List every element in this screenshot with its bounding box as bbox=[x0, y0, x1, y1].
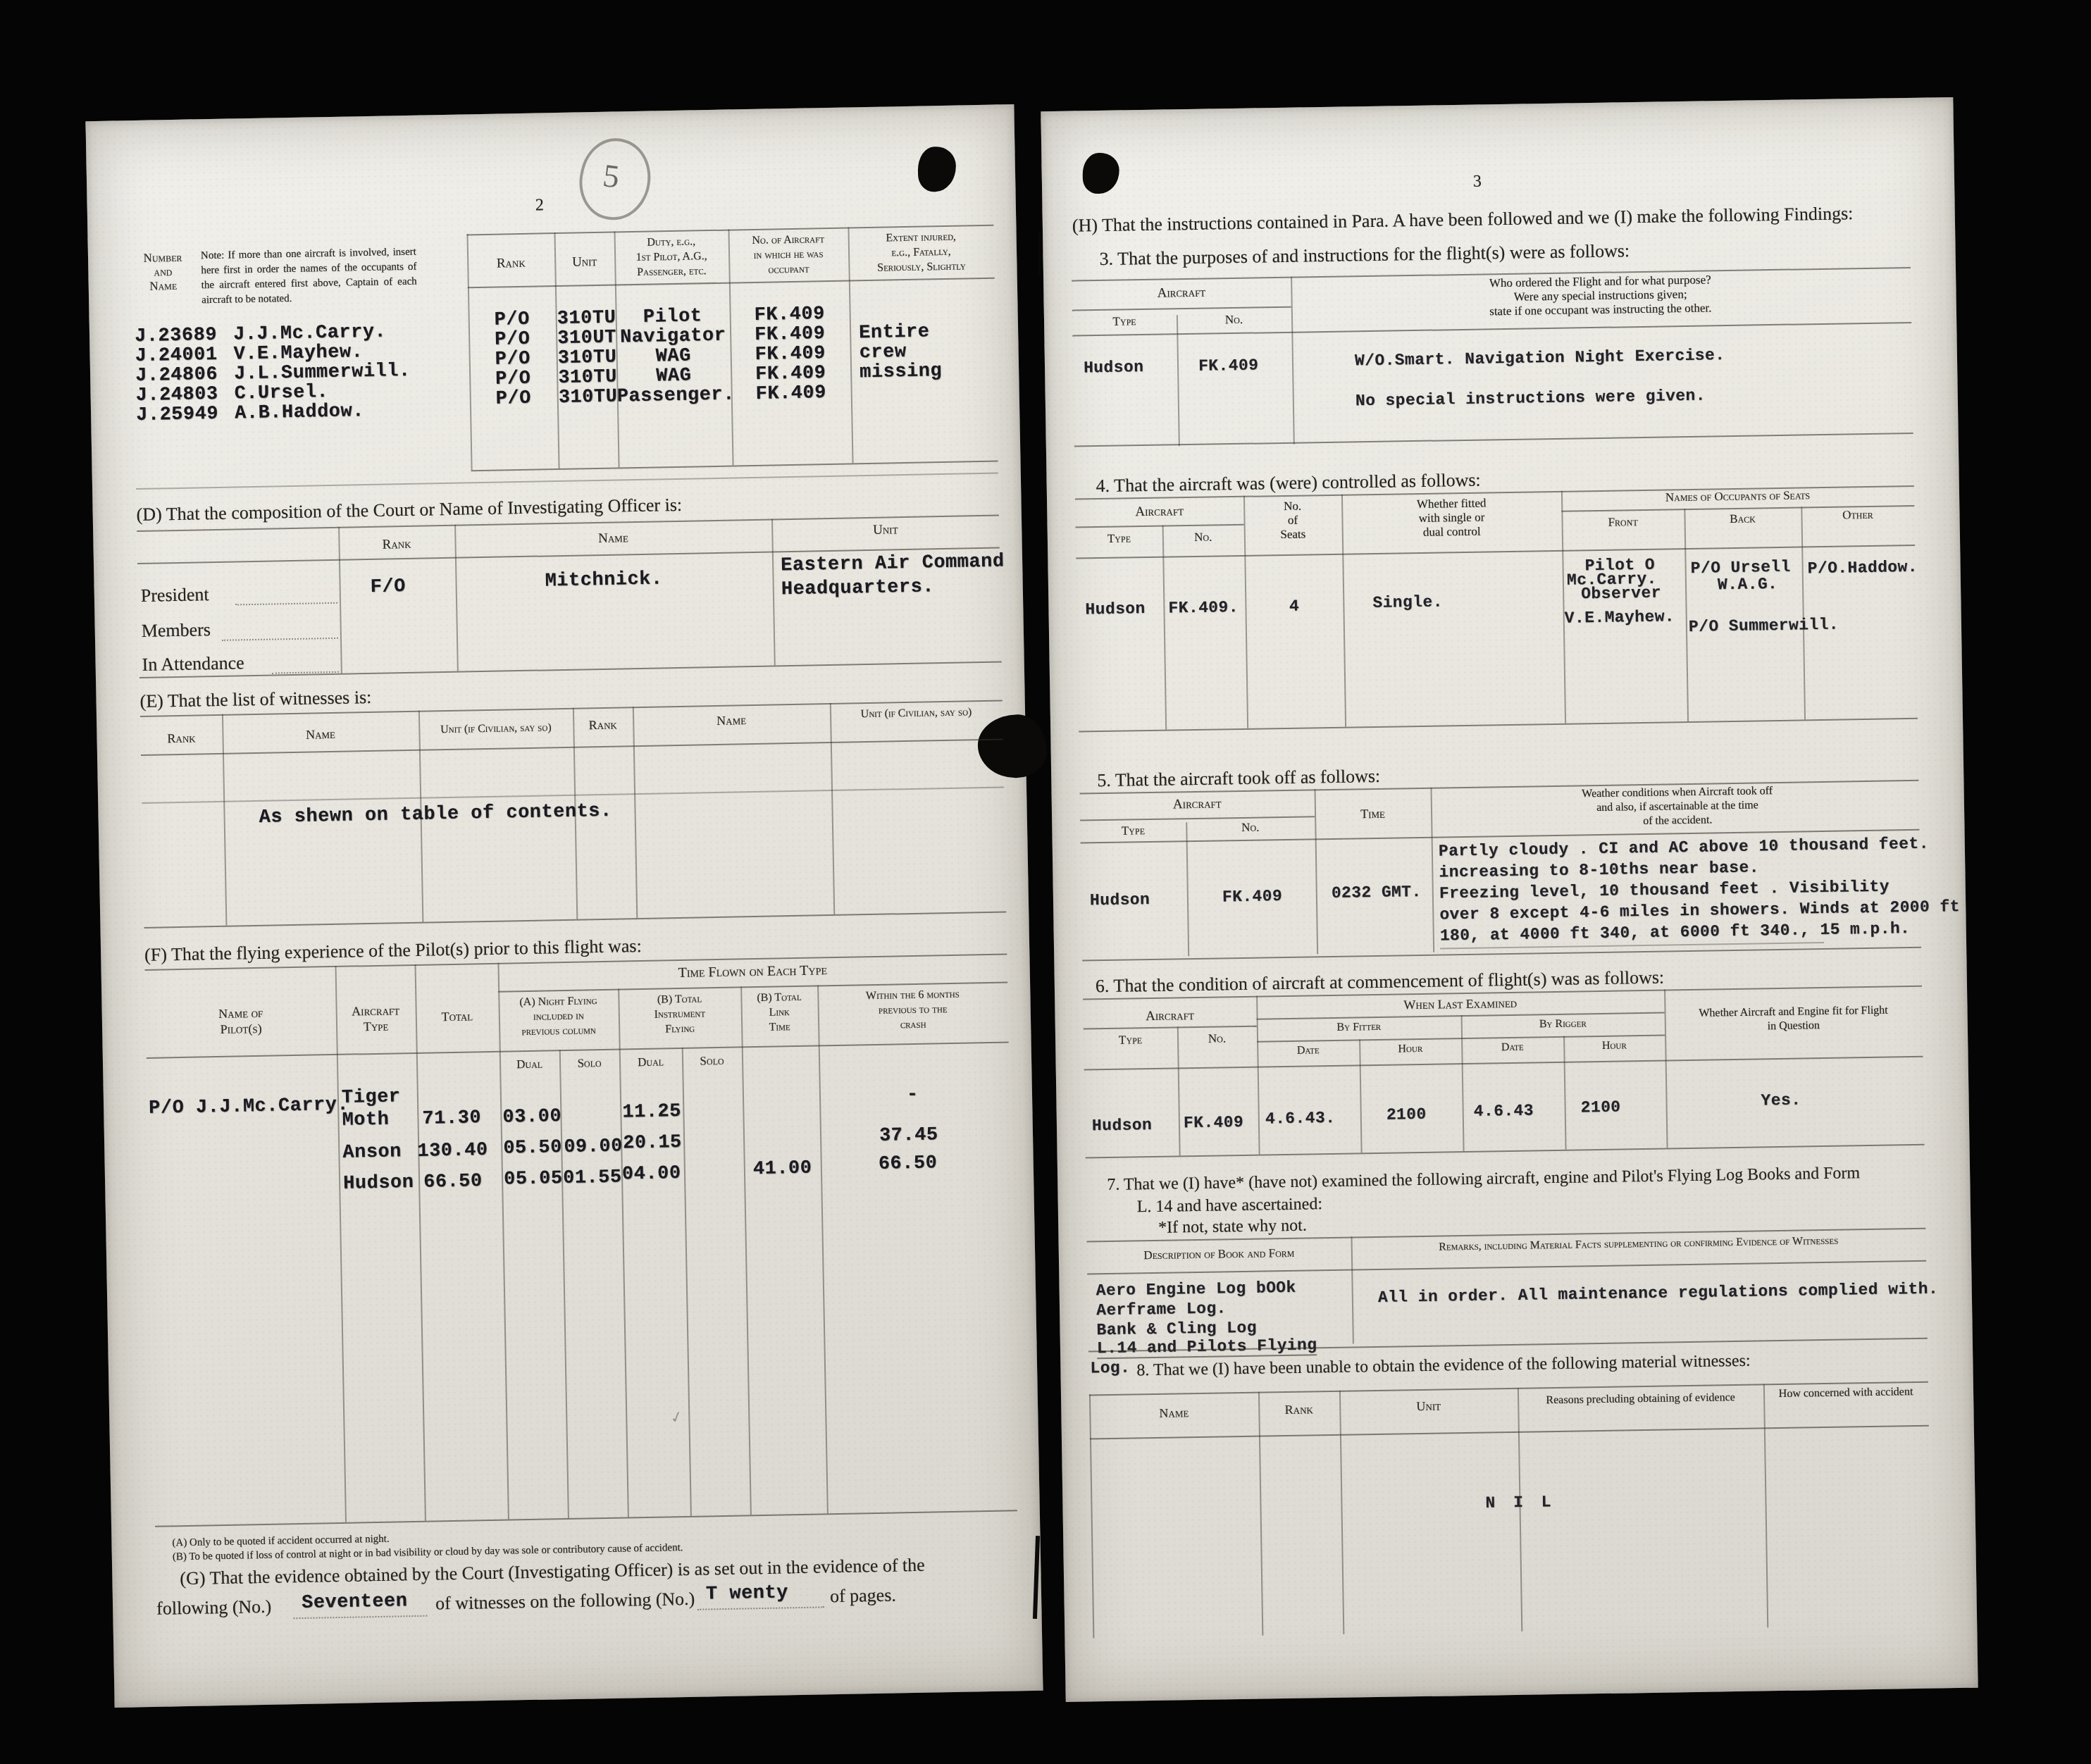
col-by-fitter: By Fitter bbox=[1257, 1019, 1461, 1036]
section-7-line2: L. 14 and have ascertained: bbox=[1137, 1195, 1323, 1217]
night-solo: 01.55 bbox=[563, 1167, 622, 1190]
col-date: Date bbox=[1461, 1041, 1563, 1055]
total-hours: 66.50 bbox=[423, 1171, 483, 1193]
front-occupant: V.E.Mayhew. bbox=[1565, 607, 1675, 627]
total-hours: 71.30 bbox=[422, 1107, 481, 1130]
sub-dual: Dual bbox=[619, 1055, 682, 1070]
purpose-line: No special instructions were given. bbox=[1355, 387, 1706, 411]
col-pilot: Pilot(s) bbox=[146, 1020, 336, 1038]
six-months: 66.50 bbox=[879, 1153, 938, 1175]
seats-value: 4 bbox=[1245, 597, 1343, 616]
col-aircraft: in which he was bbox=[728, 247, 848, 262]
section-g-line2a: following (No.) bbox=[156, 1596, 272, 1620]
crew-rank: P/O bbox=[478, 328, 547, 351]
right-page: 3 (H) That the instructions contained in… bbox=[1041, 97, 1978, 1702]
col-unit: Unit bbox=[554, 254, 614, 271]
page-count: T wenty bbox=[706, 1582, 788, 1605]
col-aircraft: No. of Aircraft bbox=[728, 232, 848, 247]
col-six-months: crash bbox=[818, 1017, 1008, 1033]
col-type: Type bbox=[1072, 313, 1177, 329]
col-duty: 1st Pilot, A.G., bbox=[614, 250, 728, 265]
col-link-time: (B) Total bbox=[740, 990, 817, 1005]
col-link-time: Time bbox=[741, 1020, 818, 1034]
instr-dual: 04.00 bbox=[622, 1163, 681, 1186]
left-page: 2 5 ✓ Number and Name Note: If more t bbox=[85, 104, 1043, 1708]
row-president: President bbox=[141, 584, 209, 607]
section-5: 5. That the aircraft took off as follows… bbox=[1041, 97, 1953, 111]
crew-rank: P/O bbox=[479, 368, 547, 390]
col-date: Date bbox=[1257, 1043, 1359, 1057]
col-reasons: Reasons precluding obtaining of evidence bbox=[1518, 1391, 1763, 1407]
section-d: (D) That the composition of the Court or… bbox=[85, 104, 1014, 121]
col-type: Type bbox=[1076, 531, 1162, 547]
ink-blot-icon bbox=[977, 714, 1048, 778]
col-front: Front bbox=[1561, 514, 1684, 530]
crew-name: J.J.Mc.Carry. bbox=[233, 321, 387, 345]
col-rank: Rank bbox=[1258, 1402, 1339, 1418]
aircraft-type: Tiger bbox=[342, 1086, 401, 1109]
fitter-date: 4.6.43. bbox=[1265, 1109, 1336, 1129]
pilot-name: P/O J.J.Mc.Carry. bbox=[149, 1095, 349, 1119]
section-7: 7. That we (I) have* (have not) examined… bbox=[1041, 97, 1953, 111]
col-description: Description of Book and Form bbox=[1087, 1246, 1351, 1264]
crew-extent: crew bbox=[859, 342, 906, 364]
night-solo: 09.00 bbox=[564, 1136, 623, 1159]
col-night-flying: previous column bbox=[499, 1024, 619, 1039]
crew-duty: Passenger. bbox=[616, 385, 731, 408]
section-d-heading: (D) That the composition of the Court or… bbox=[136, 495, 682, 526]
weather-line: increasing to 8-10ths near base. bbox=[1439, 858, 1759, 881]
night-dual: 03.00 bbox=[502, 1106, 561, 1129]
back-occupant: W.A.G. bbox=[1718, 575, 1778, 594]
weather-line: Partly cloudy . CI and AC above 10 thous… bbox=[1439, 835, 1929, 861]
col-night-flying: (A) Night Flying bbox=[498, 995, 618, 1010]
crew-aircraft: FK.409 bbox=[731, 382, 851, 405]
book-entry: Aerframe Log. bbox=[1096, 1299, 1227, 1319]
col-unit: Unit (if Civilian, say so) bbox=[830, 706, 1003, 721]
crew-row-label: and bbox=[129, 264, 197, 280]
ink-blot-icon bbox=[1082, 153, 1119, 194]
purpose-line: W/O.Smart. Navigation Night Exercise. bbox=[1355, 346, 1725, 370]
section-8: 8. That we (I) have been unable to obtai… bbox=[1041, 97, 1953, 111]
section-6: 6. That the condition of aircraft at com… bbox=[1041, 97, 1953, 111]
col-total: Total bbox=[416, 1009, 499, 1025]
col-instrument: Instrument bbox=[619, 1007, 741, 1021]
crew-table: Number and Name Note: If more than one a… bbox=[85, 104, 1014, 121]
col-hour: Hour bbox=[1563, 1039, 1665, 1053]
aircraft-type: Moth bbox=[342, 1110, 389, 1131]
night-dual: 05.50 bbox=[503, 1137, 562, 1160]
remarks-entry: All in order. All maintenance regulation… bbox=[1378, 1280, 1939, 1307]
president-unit: Headquarters. bbox=[781, 576, 935, 600]
col-aircraft: Aircraft bbox=[1072, 284, 1291, 303]
col-type: Type bbox=[336, 1019, 416, 1035]
sub-dual: Dual bbox=[500, 1057, 559, 1072]
col-instrument: (B) Total bbox=[618, 992, 740, 1007]
crew-row-label: Name bbox=[130, 278, 197, 294]
col-rank: Rank bbox=[338, 536, 454, 554]
col-rank: Rank bbox=[140, 731, 222, 747]
instr-dual: 11.25 bbox=[622, 1101, 681, 1124]
col-seats: of bbox=[1243, 513, 1341, 528]
col-no: No. bbox=[1186, 819, 1315, 836]
fold-mark bbox=[1038, 232, 1041, 275]
col-hour: Hour bbox=[1359, 1042, 1461, 1056]
col-no: No. bbox=[1177, 312, 1291, 328]
crew-unit: 310TU bbox=[557, 308, 616, 330]
crew-rank: P/O bbox=[480, 387, 548, 410]
crew-unit: 310TU bbox=[559, 387, 618, 409]
rigger-date: 4.6.43 bbox=[1474, 1101, 1534, 1120]
section-3: 3. That the purposes of and instructions… bbox=[1041, 97, 1953, 111]
col-concerned: How concerned with accident bbox=[1763, 1386, 1928, 1401]
witness-count: Seventeen bbox=[302, 1591, 408, 1614]
link-time: 41.00 bbox=[753, 1158, 812, 1181]
col-name: Name bbox=[1089, 1405, 1258, 1422]
six-months: - bbox=[907, 1084, 919, 1105]
book-entry-overflow: Log. bbox=[1090, 1359, 1130, 1378]
page-number-left: 2 bbox=[535, 196, 544, 215]
crew-unit: 310UT bbox=[557, 328, 616, 350]
col-type: Aircraft bbox=[336, 1003, 416, 1019]
aircraft-type-value: Hudson bbox=[1085, 600, 1146, 619]
col-seats: Seats bbox=[1244, 527, 1342, 542]
crew-extent: missing bbox=[860, 361, 942, 383]
crew-row-label: Number bbox=[129, 250, 197, 266]
front-occupant: Observer bbox=[1581, 584, 1661, 604]
aircraft-type: Hudson bbox=[343, 1172, 414, 1195]
crew-note: Note: If more than one aircraft is invol… bbox=[201, 245, 417, 309]
col-type: Type bbox=[1084, 1032, 1177, 1048]
col-unit: Unit (if Civilian, say so) bbox=[418, 721, 573, 737]
section-g-line2c: of witnesses on the following (No.) bbox=[435, 1589, 695, 1615]
crew-extent: Entire bbox=[859, 321, 930, 344]
aircraft-type: Anson bbox=[342, 1141, 402, 1164]
control-value: Single. bbox=[1372, 592, 1443, 612]
footnote-a: (A) Only to be quoted if accident occurr… bbox=[172, 1534, 389, 1550]
pencil-circle: 5 bbox=[571, 132, 658, 227]
aircraft-no-value: FK.409 bbox=[1222, 887, 1283, 906]
instr-dual: 20.15 bbox=[623, 1132, 682, 1155]
section-7-line1: 7. That we (I) have* (have not) examined… bbox=[1107, 1164, 1860, 1195]
sub-solo: Solo bbox=[682, 1053, 742, 1069]
col-seats: No. bbox=[1243, 499, 1341, 514]
col-name: Name bbox=[633, 712, 830, 730]
col-type: Type bbox=[1080, 823, 1186, 838]
section-f: (F) That the flying experience of the Pi… bbox=[85, 104, 1014, 121]
col-aircraft: occupant bbox=[728, 262, 848, 277]
col-other: Other bbox=[1801, 507, 1914, 523]
pencil-number: 5 bbox=[601, 156, 621, 195]
fitter-hour: 2100 bbox=[1386, 1105, 1427, 1124]
col-unit: Unit bbox=[1339, 1398, 1518, 1415]
book-entry: Aero Engine Log bOOk bbox=[1096, 1279, 1296, 1300]
crew-id: J.25949 bbox=[136, 404, 218, 426]
night-dual: 05.05 bbox=[504, 1168, 563, 1191]
section-5-heading: 5. That the aircraft took off as follows… bbox=[1097, 766, 1380, 791]
col-rank: Rank bbox=[467, 255, 554, 272]
row-members: Members bbox=[141, 619, 211, 642]
crew-unit: 310TU bbox=[558, 367, 617, 390]
other-occupant: P/O.Haddow. bbox=[1807, 558, 1918, 578]
president-unit: Eastern Air Command bbox=[781, 551, 1005, 576]
back-occupant: P/O Summerwill. bbox=[1689, 616, 1839, 636]
col-no: No. bbox=[1177, 1031, 1257, 1047]
aircraft-no-value: FK.409. bbox=[1168, 598, 1239, 618]
col-aircraft: Aircraft bbox=[1080, 795, 1315, 814]
col-when-examined: When Last Examined bbox=[1256, 994, 1664, 1015]
aircraft-type-value: Hudson bbox=[1092, 1116, 1153, 1135]
col-back: Back bbox=[1684, 511, 1801, 527]
takeoff-time: 0232 GMT. bbox=[1332, 883, 1422, 902]
section-e-heading: (E) That the list of witnesses is: bbox=[139, 687, 371, 712]
col-extent: e.g., Fatally, bbox=[848, 245, 994, 261]
six-months: 37.45 bbox=[879, 1124, 938, 1147]
col-rank: Rank bbox=[573, 717, 633, 733]
aircraft-no-value: FK.409 bbox=[1184, 1113, 1244, 1132]
sub-solo: Solo bbox=[559, 1056, 619, 1072]
col-unit: Unit bbox=[771, 521, 999, 540]
h-statement: (H) That the instructions contained in P… bbox=[1072, 203, 1854, 236]
pencil-tick: ✓ bbox=[668, 1407, 685, 1428]
section-4: 4. That the aircraft was (were) controll… bbox=[1041, 97, 1953, 111]
col-duty: Passenger, etc. bbox=[614, 265, 728, 280]
ink-blot-icon bbox=[917, 147, 956, 192]
col-aircraft: Aircraft bbox=[1083, 1007, 1256, 1026]
page-number-right: 3 bbox=[1473, 172, 1482, 191]
col-extent: Seriously, Slightly bbox=[848, 260, 994, 275]
rigger-hour: 2100 bbox=[1580, 1098, 1620, 1117]
col-duty: Duty, e.g., bbox=[614, 235, 728, 250]
group-header: Time Flown on Each Type bbox=[498, 959, 1007, 984]
section-e: (E) That the list of witnesses is: Rank … bbox=[85, 104, 1014, 121]
book-entry: Bank & Cling Log bbox=[1096, 1319, 1257, 1340]
col-instrument: Flying bbox=[619, 1021, 741, 1036]
col-no: No. bbox=[1162, 530, 1244, 545]
col-time: Time bbox=[1315, 806, 1431, 823]
scanned-accident-report: 2 5 ✓ Number and Name Note: If more t bbox=[0, 0, 2091, 1764]
row-in-attendance: In Attendance bbox=[142, 652, 244, 676]
weather-line: 180, at 4000 ft 340, at 6000 ft 340., 15… bbox=[1440, 919, 1911, 945]
witness-entry: As shewn on table of contents. bbox=[259, 801, 612, 828]
president-name: Mitchnick. bbox=[545, 569, 663, 592]
crew-rank: P/O bbox=[478, 309, 546, 331]
col-name: Name bbox=[454, 528, 771, 549]
col-night-flying: included in bbox=[499, 1010, 619, 1024]
section-6-heading: 6. That the condition of aircraft at com… bbox=[1096, 967, 1665, 998]
crew-unit: 310TU bbox=[557, 347, 616, 370]
col-fit-for-flight: in Question bbox=[1665, 1018, 1923, 1035]
aircraft-type-value: Hudson bbox=[1090, 890, 1150, 909]
section-7-line3: *If not, state why not. bbox=[1158, 1217, 1307, 1238]
crew-name: A.B.Haddow. bbox=[235, 401, 364, 424]
col-control: dual control bbox=[1342, 523, 1562, 541]
section-g-line2e: of pages. bbox=[830, 1585, 896, 1608]
total-hours: 130.40 bbox=[417, 1140, 488, 1162]
aircraft-no-value: FK.409 bbox=[1198, 356, 1259, 375]
col-six-months: previous to the bbox=[818, 1002, 1008, 1018]
col-aircraft: Aircraft bbox=[1075, 503, 1243, 521]
col-six-months: Within the 6 months bbox=[817, 987, 1007, 1003]
col-by-rigger: By Rigger bbox=[1461, 1017, 1665, 1033]
president-rank: F/O bbox=[370, 576, 406, 598]
section-3-heading: 3. That the purposes of and instructions… bbox=[1099, 240, 1630, 270]
fit-value: Yes. bbox=[1761, 1091, 1801, 1110]
col-extent: Extent injured, bbox=[848, 230, 994, 246]
aircraft-type-value: Hudson bbox=[1084, 358, 1144, 377]
crew-rank: P/O bbox=[479, 348, 547, 371]
col-name: Name bbox=[222, 726, 418, 744]
col-link-time: Link bbox=[741, 1005, 818, 1019]
nil-entry: N I L bbox=[1485, 1493, 1555, 1513]
